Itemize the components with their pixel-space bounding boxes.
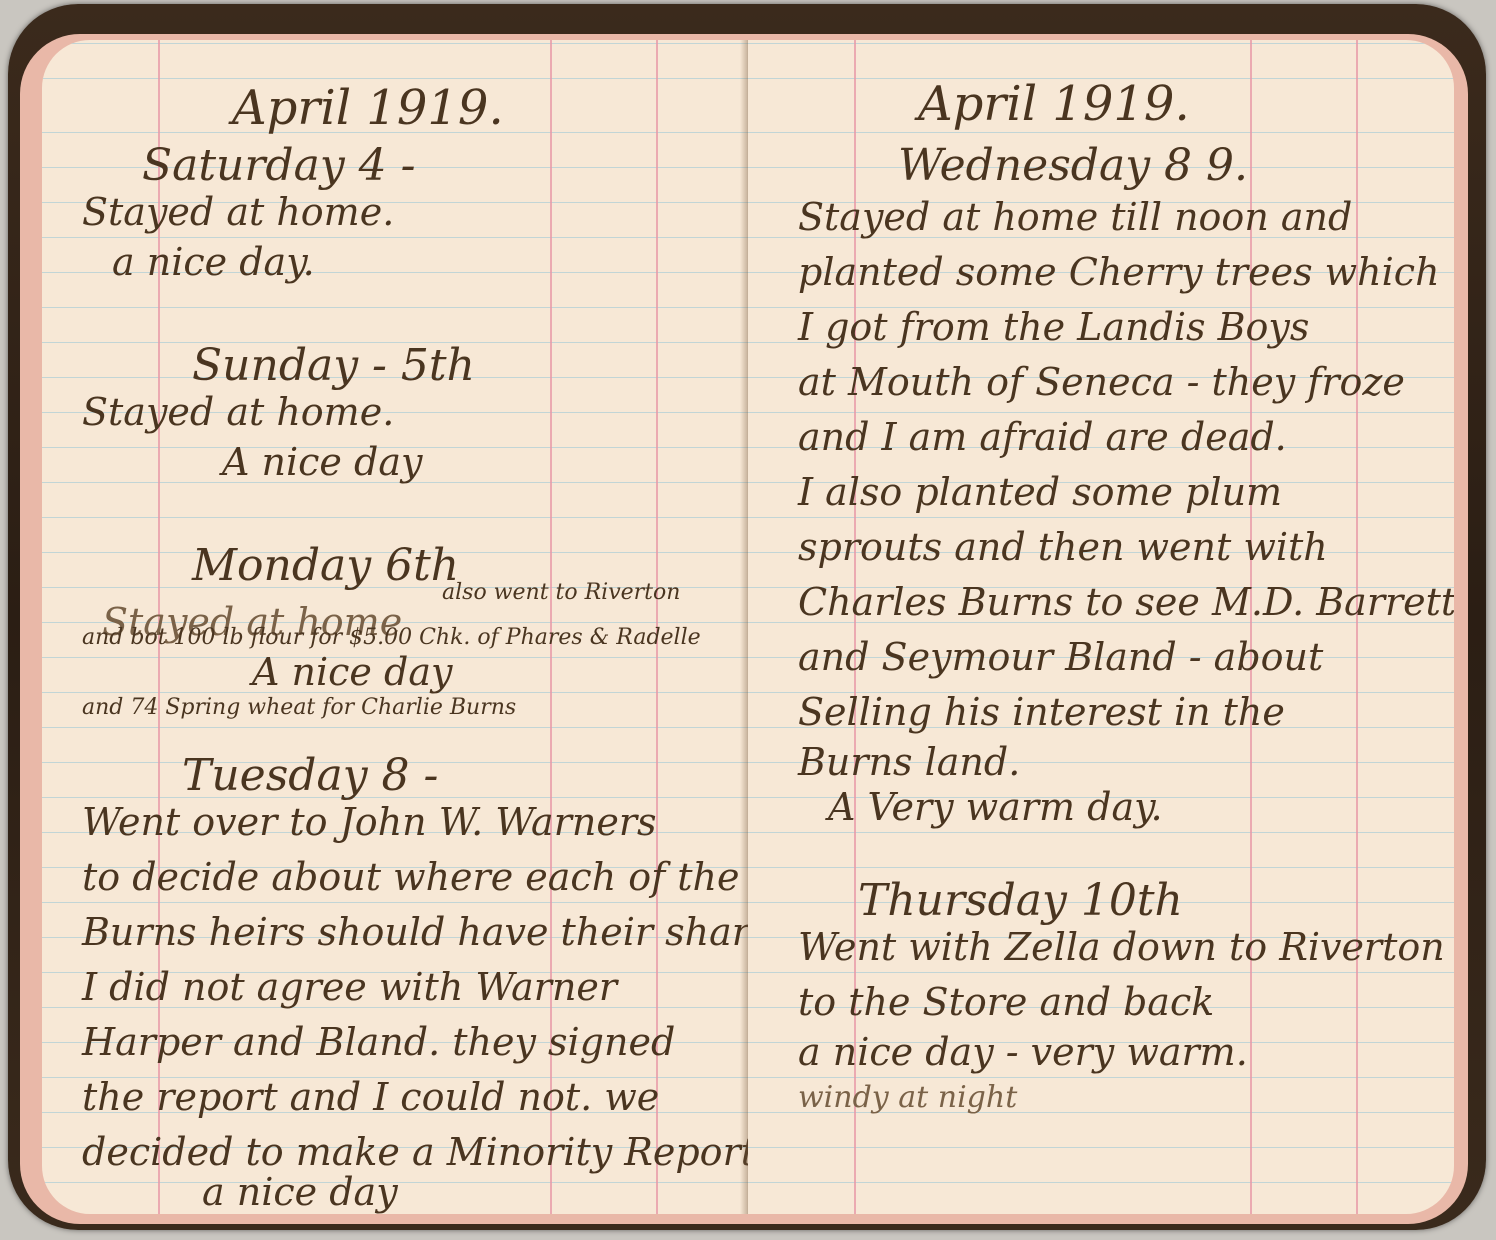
entry-line: A nice day bbox=[252, 650, 452, 694]
entry-line: I got from the Landis Boys bbox=[798, 305, 1309, 349]
entry-line: at Mouth of Seneca - they froze bbox=[798, 360, 1405, 404]
entry-insertion: and bot 100 lb flour for $5.00 Chk. of P… bbox=[82, 625, 701, 650]
entry-line: the report and I could not. we bbox=[82, 1075, 659, 1119]
entry-day: Thursday 10th bbox=[858, 875, 1183, 926]
entry-line: I also planted some plum bbox=[798, 470, 1282, 514]
entry-line: Burns land. bbox=[798, 740, 1020, 784]
entry-day: Saturday 4 - bbox=[142, 140, 416, 191]
entry-day: Sunday - 5th bbox=[192, 340, 475, 391]
entry-line: Stayed at home till noon and bbox=[798, 195, 1352, 239]
right-page: April 1919. Wednesday 8 9. Stayed at hom… bbox=[748, 40, 1454, 1214]
entry-day: Monday 6th bbox=[192, 540, 459, 591]
entry-line: decided to make a Minority Report bbox=[82, 1130, 748, 1174]
entry-line: Harper and Bland. they signed bbox=[82, 1020, 675, 1064]
left-page: April 1919. Saturday 4 - Stayed at home.… bbox=[42, 40, 748, 1214]
page-header: April 1919. bbox=[232, 80, 504, 136]
entry-line: A nice day bbox=[222, 440, 422, 484]
entry-line: Charles Burns to see M.D. Barrett bbox=[798, 580, 1454, 624]
entry-line: Stayed at home. bbox=[82, 190, 394, 234]
entry-line: Went with Zella down to Riverton bbox=[798, 925, 1445, 969]
entry-line: Stayed at home. bbox=[82, 390, 394, 434]
left-page-writing: April 1919. Saturday 4 - Stayed at home.… bbox=[42, 40, 748, 1214]
entry-line: a nice day. bbox=[112, 240, 315, 284]
entry-line: I did not agree with Warner bbox=[82, 965, 617, 1009]
entry-line: Burns heirs should have their share bbox=[82, 910, 748, 954]
page-header: April 1919. bbox=[918, 76, 1190, 132]
right-page-writing: April 1919. Wednesday 8 9. Stayed at hom… bbox=[748, 40, 1454, 1214]
entry-line: planted some Cherry trees which bbox=[798, 250, 1440, 294]
entry-line: Went over to John W. Warners bbox=[82, 800, 657, 844]
entry-line: to the Store and back bbox=[798, 980, 1214, 1024]
entry-line: to decide about where each of the bbox=[82, 855, 740, 899]
entry-line: Selling his interest in the bbox=[798, 690, 1285, 734]
entry-day: Wednesday 8 9. bbox=[898, 140, 1248, 191]
entry-insertion: also went to Riverton bbox=[442, 580, 680, 605]
entry-line: sprouts and then went with bbox=[798, 525, 1328, 569]
entry-insertion: and 74 Spring wheat for Charlie Burns bbox=[82, 695, 516, 720]
entry-line: a nice day bbox=[202, 1170, 398, 1214]
entry-line: and I am afraid are dead. bbox=[798, 415, 1287, 459]
entry-line: windy at night bbox=[798, 1080, 1017, 1115]
entry-day: Tuesday 8 - bbox=[182, 750, 438, 801]
entry-line: A Very warm day. bbox=[828, 785, 1163, 829]
entry-line: a nice day - very warm. bbox=[798, 1030, 1248, 1074]
entry-line: and Seymour Bland - about bbox=[798, 635, 1323, 679]
